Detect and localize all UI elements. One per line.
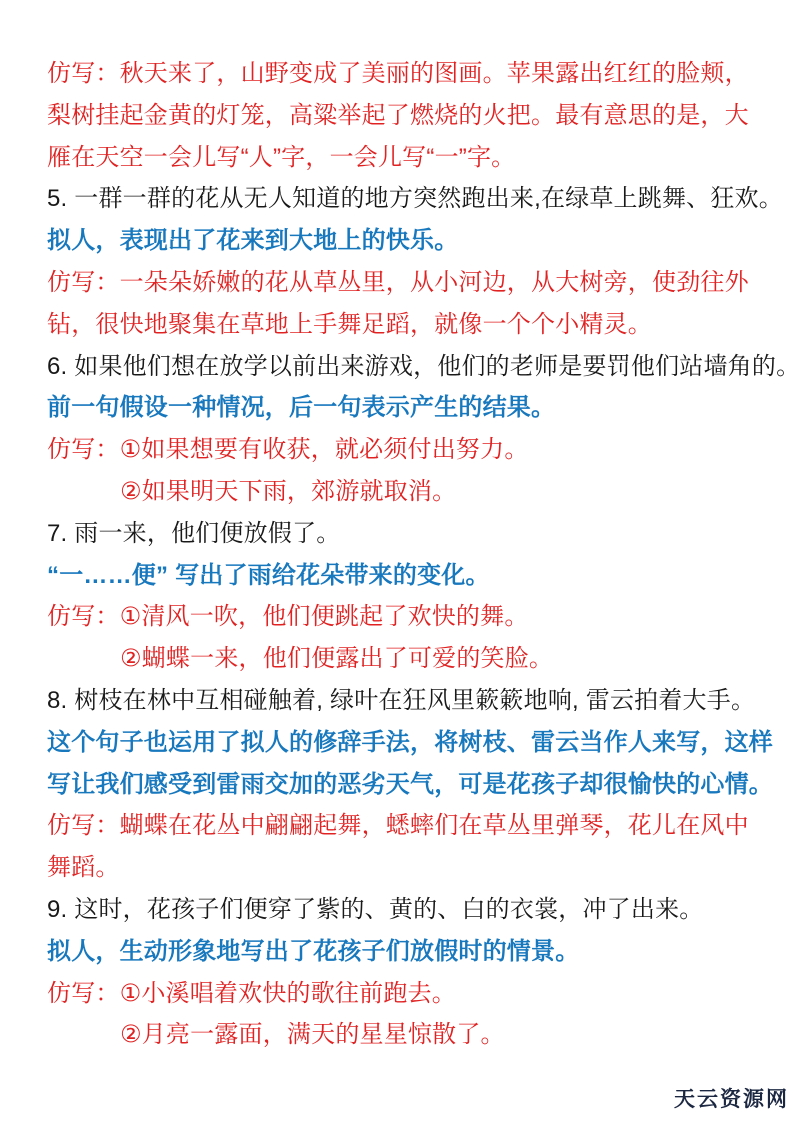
- text-line: 9. 这时，花孩子们便穿了紫的、黄的、白的衣裳，冲了出来。: [47, 889, 763, 931]
- text-line: ②月亮一露面，满天的星星惊散了。: [47, 1014, 763, 1056]
- text-line: 6. 如果他们想在放学以前出来游戏，他们的老师是要罚他们站墙角的。: [47, 346, 763, 388]
- text-line: 仿写：①小溪唱着欢快的歌往前跑去。: [47, 973, 763, 1015]
- text-line: “一……便” 写出了雨给花朵带来的变化。: [47, 555, 763, 597]
- text-line: ②蝴蝶一来，他们便露出了可爱的笑脸。: [47, 638, 763, 680]
- text-line: 这个句子也运用了拟人的修辞手法，将树枝、雷云当作人来写，这样: [47, 722, 763, 764]
- text-line: 仿写：秋天来了，山野变成了美丽的图画。苹果露出红红的脸颊，: [47, 53, 763, 95]
- text-line: 拟人，生动形象地写出了花孩子们放假时的情景。: [47, 931, 763, 973]
- text-line: 前一句假设一种情况，后一句表示产生的结果。: [47, 387, 763, 429]
- text-line: 雁在天空一会儿写“人”字，一会儿写“一”字。: [47, 137, 763, 179]
- text-line: 梨树挂起金黄的灯笼，高粱举起了燃烧的火把。最有意思的是，大: [47, 95, 763, 137]
- text-line: 8. 树枝在林中互相碰触着, 绿叶在狂风里簌簌地响, 雷云拍着大手。: [47, 680, 763, 722]
- text-line: ②如果明天下雨，郊游就取消。: [47, 471, 763, 513]
- text-line: 7. 雨一来，他们便放假了。: [47, 513, 763, 555]
- text-line: 仿写：一朵朵娇嫩的花从草丛里，从小河边，从大树旁，使劲往外: [47, 262, 763, 304]
- text-line: 仿写：蝴蝶在花丛中翩翩起舞，蟋蟀们在草丛里弹琴，花儿在风中: [47, 805, 763, 847]
- watermark: 天云资源网: [674, 1083, 789, 1113]
- document-body: 仿写：秋天来了，山野变成了美丽的图画。苹果露出红红的脸颊，梨树挂起金黄的灯笼，高…: [47, 53, 763, 1056]
- text-line: 5. 一群一群的花从无人知道的地方突然跑出来,在绿草上跳舞、狂欢。: [47, 178, 763, 220]
- text-line: 仿写：①如果想要有收获，就必须付出努力。: [47, 429, 763, 471]
- text-line: 钻，很快地聚集在草地上手舞足蹈，就像一个个小精灵。: [47, 304, 763, 346]
- text-line: 仿写：①清风一吹，他们便跳起了欢快的舞。: [47, 596, 763, 638]
- text-line: 拟人，表现出了花来到大地上的快乐。: [47, 220, 763, 262]
- text-line: 写让我们感受到雷雨交加的恶劣天气，可是花孩子却很愉快的心情。: [47, 764, 763, 806]
- text-line: 舞蹈。: [47, 847, 763, 889]
